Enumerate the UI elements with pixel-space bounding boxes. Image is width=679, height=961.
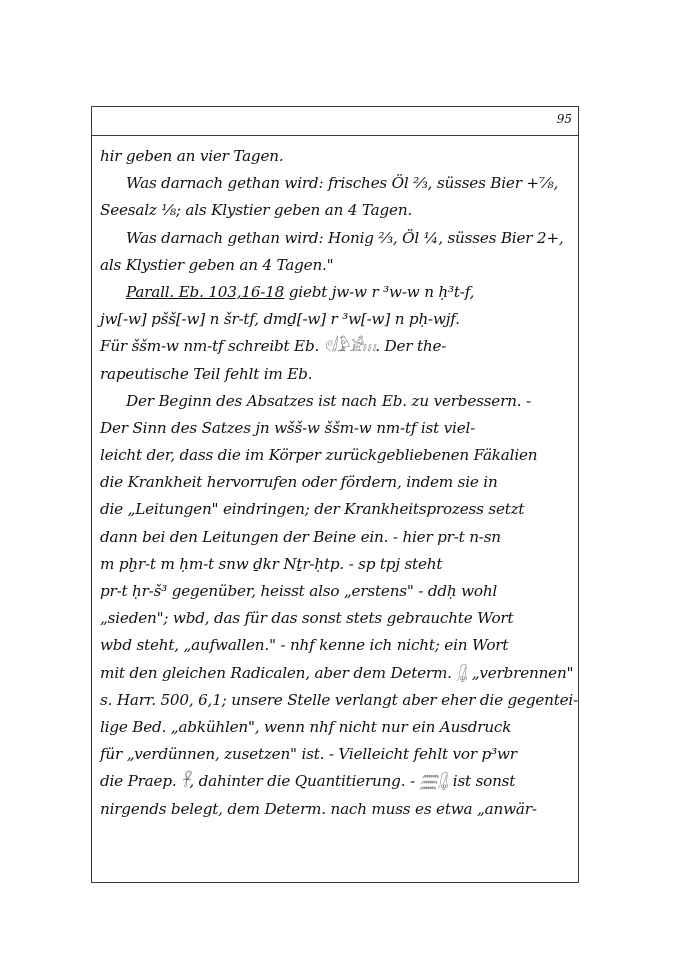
text-line: für „verdünnen, zusetzen" ist. - Viellei… xyxy=(100,741,570,768)
page-header: 95 xyxy=(92,107,578,136)
text-line: leicht der, dass die im Körper zurückgeb… xyxy=(100,442,570,469)
text-line: mit den gleichen Radicalen, aber dem Det… xyxy=(100,660,570,687)
text-line: Der Beginn des Absatzes ist nach Eb. zu … xyxy=(100,388,570,415)
text-line: als Klystier geben an 4 Tagen." xyxy=(100,252,570,279)
text-line: nirgends belegt, dem Determ. nach muss e… xyxy=(100,796,570,823)
text-line: dann bei den Leitungen der Beine ein. - … xyxy=(100,524,570,551)
text-line: rapeutische Teil fehlt im Eb. xyxy=(100,361,570,388)
manuscript-page: 95 hir geben an vier Tagen. Was darnach … xyxy=(91,106,579,883)
text-line: die Praep. 𓋹, dahinter die Quantitierung… xyxy=(100,768,570,795)
handwritten-text-body: hir geben an vier Tagen. Was darnach get… xyxy=(100,143,570,823)
text-line: s. Harr. 500, 6,1; unsere Stelle verlang… xyxy=(100,687,570,714)
text-line: die „Leitungen" eindringen; der Krankhei… xyxy=(100,496,570,523)
text-line: Parall. Eb. 103,16-18 giebt jw-w r ³w-w … xyxy=(100,279,570,306)
text-line: Was darnach gethan wird: Honig ⅔, Öl ¼, … xyxy=(100,225,570,252)
text-line: jw[-w] pšš[-w] n šr-tf, dmḏ[-w] r ³w[-w]… xyxy=(100,306,570,333)
text-line: hir geben an vier Tagen. xyxy=(100,143,570,170)
text-line: Seesalz ⅛; als Klystier geben an 4 Tagen… xyxy=(100,197,570,224)
text-line-rest: giebt jw-w r ³w-w n ḥ³t-f, xyxy=(284,283,474,301)
text-line: Der Sinn des Satzes jn wšš-w ššm-w nm-tf… xyxy=(100,415,570,442)
text-line: m pḫr-t m ḥm-t snw ḏkr Nṯr-ḥtp. - sp tpj… xyxy=(100,551,570,578)
text-line: pr-t ḥr-š³ gegenüber, heisst also „erste… xyxy=(100,578,570,605)
underlined-reference: Parall. Eb. 103,16-18 xyxy=(126,283,284,301)
text-line: Was darnach gethan wird: frisches Öl ⅔, … xyxy=(100,170,570,197)
text-line: lige Bed. „abkühlen", wenn nhf nicht nur… xyxy=(100,714,570,741)
text-line: wbd steht, „aufwallen." - nhf kenne ich … xyxy=(100,632,570,659)
text-line: „sieden"; wbd, das für das sonst stets g… xyxy=(100,605,570,632)
text-line: Für ššm-w nm-tf schreibt Eb. 𓏲𓌃𓅱𓀀𓏥. Der … xyxy=(100,333,570,360)
page-number: 95 xyxy=(557,112,572,126)
text-line: die Krankheit hervorrufen oder fördern, … xyxy=(100,469,570,496)
